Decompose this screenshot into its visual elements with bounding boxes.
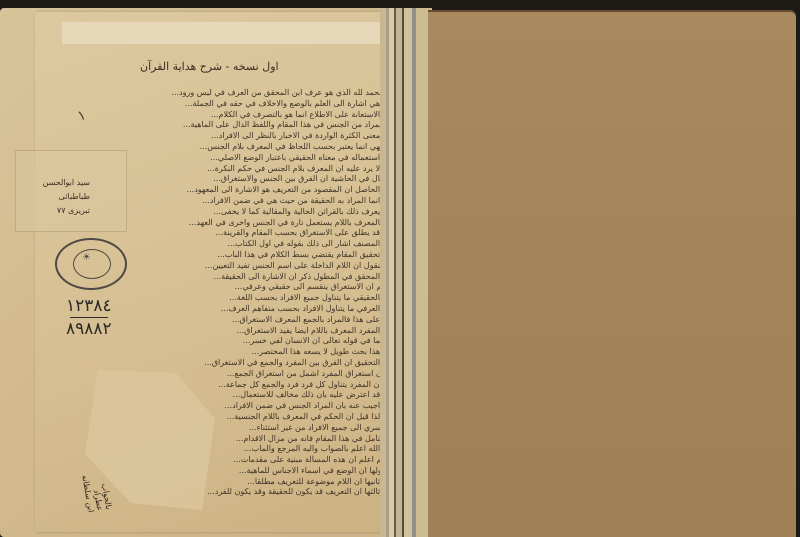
- ownership-note: سید ابوالحسن طباطبائی تبریزی ٧٧: [30, 176, 90, 218]
- text-line: والحاصل ان المقصود من التعريف هو الاشارة…: [122, 185, 384, 196]
- manuscript-scan: اول نسخه - شرح هدایة القرآن ١ سید ابوالح…: [0, 0, 800, 537]
- text-line: فالحقيقي ما يتناول جميع الافراد بحسب الل…: [122, 293, 384, 304]
- right-cover-board: [428, 10, 796, 537]
- text-line: وانما المراد به الحقيقة من حيث هي في ضمن…: [122, 196, 384, 207]
- text-line: وتحقيق المقام يقتضي بسط الكلام في هذا ال…: [122, 250, 384, 261]
- text-line: واستعماله في معناه الحقيقي باعتبار الوضع…: [122, 153, 384, 164]
- page-title: اول نسخه - شرح هدایة القرآن: [140, 60, 279, 73]
- text-line: والمصنف اشار الى ذلك بقوله في اول الكتاب…: [122, 239, 384, 250]
- text-line: وقد يطلق على الاستغراق بحسب المقام والقر…: [122, 228, 384, 239]
- text-line: فنقول ان اللام الداخلة على اسم الجنس تفي…: [122, 261, 384, 272]
- text-line: والعرفي ما يتناول الافراد بحسب متفاهم ال…: [122, 304, 384, 315]
- text-line: ثم ان الاستغراق ينقسم الى حقيقي وعرفي...: [122, 282, 384, 293]
- text-line: الحمد لله الذي هو عرف ابن المحقق من العر…: [122, 88, 384, 99]
- catalog-numbers: ١٢٣٨٤ ٨٩٨٨٢: [66, 295, 112, 340]
- text-line: والمفرد المعرف باللام ايضا يفيد الاستغرا…: [122, 326, 384, 337]
- text-line: وعلى هذا فالمراد بالجمع المعرف الاستغراق…: [122, 315, 384, 326]
- text-line: وهذا بحث طويل لا يسعه هذا المختصر...: [122, 347, 384, 358]
- text-line: ولا يرد عليه ان المعرف بلام الجنس في حكم…: [122, 164, 384, 175]
- text-line: كما في قوله تعالى ان الانسان لفي خسر...: [122, 336, 384, 347]
- catalog-number-top: ١٢٣٨٤: [66, 295, 112, 317]
- ownership-note-line: تبریزی ٧٧: [30, 204, 90, 218]
- text-line: فهي انما يعتبر بحسب اللحاظ في المعرف بلا…: [122, 142, 384, 153]
- lion-and-sun-icon: ☀: [82, 252, 91, 263]
- text-line: والمحقق في المطول ذكر ان الاشارة الى الح…: [122, 272, 384, 283]
- text-line: فالمعرف باللام يستعمل تارة في الجنس واخر…: [122, 218, 384, 229]
- catalog-number-bottom: ٨٩٨٨٢: [66, 318, 112, 340]
- text-line: والتحقيق ان الفرق بين المفرد والجمع في ا…: [122, 358, 384, 369]
- text-line: ويعرف ذلك بالقرائن الحالية والمقالية كما…: [122, 207, 384, 218]
- text-line: المراد من الجنس في هذا المقام واللفظ الد…: [122, 120, 384, 131]
- text-line: وهي اشارة الى العلم بالوضع والاخلاف في ح…: [122, 99, 384, 110]
- ownership-note-line: سید ابوالحسن طباطبائی: [30, 176, 90, 204]
- paper-repair-strip: [62, 22, 380, 44]
- text-line: والاستعانة على الاطلاع انما هو بالتصرف ف…: [122, 110, 384, 121]
- text-line: قال في الحاشية ان الفرق بين الجنس والاست…: [122, 174, 384, 185]
- text-line: ومعنى الكثرة الواردة في الاخبار بالنظر ا…: [122, 131, 384, 142]
- library-stamp: ☀: [55, 238, 127, 290]
- book-spine: [380, 8, 432, 537]
- stamp-inner-ring: [73, 249, 111, 279]
